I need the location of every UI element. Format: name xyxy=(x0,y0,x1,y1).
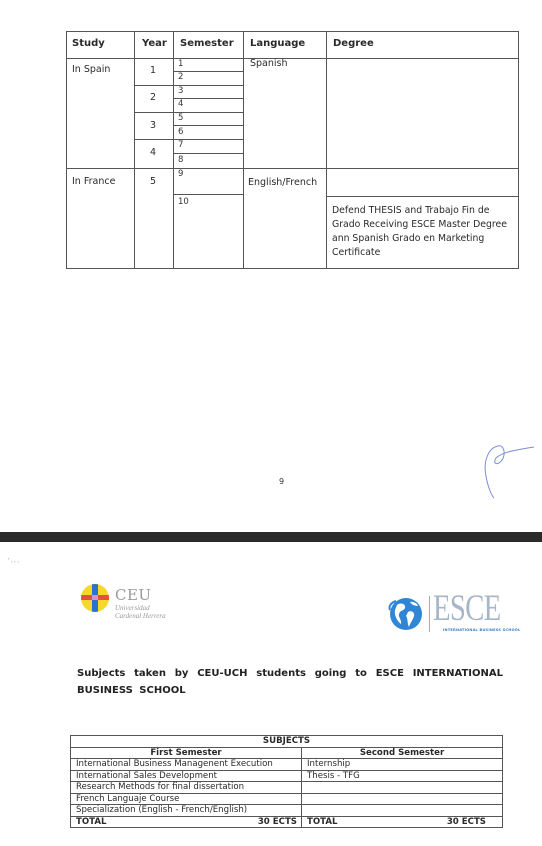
page-number: 9 xyxy=(279,477,284,486)
degree-description: Defend THESIS and Trabajo Fin de Grado R… xyxy=(332,204,517,260)
total-value: 30 ECTS xyxy=(447,817,486,828)
scan-artifacts: ' , , , xyxy=(8,558,19,564)
page-separator xyxy=(0,532,542,542)
header-semester: Semester xyxy=(180,38,234,50)
semester-cell: 10 xyxy=(178,197,189,208)
semester-cell: 4 xyxy=(178,99,183,110)
year-cell: 4 xyxy=(150,147,156,159)
year-cell: 5 xyxy=(150,176,156,188)
semester-cell: 9 xyxy=(178,169,183,180)
globe-icon xyxy=(388,596,424,632)
header-study: Study xyxy=(72,38,105,50)
total-row: TOTAL 30 ECTS TOTAL 30 ECTS xyxy=(71,816,503,828)
ceu-emblem-icon xyxy=(81,584,109,612)
subject-cell xyxy=(302,793,503,805)
study-in-spain: In Spain xyxy=(72,64,110,76)
esce-logo: ESCE INTERNATIONAL BUSINESS SCHOOL xyxy=(386,590,511,636)
semester-cell: 5 xyxy=(178,113,183,124)
semester-cell: 8 xyxy=(178,155,183,166)
table-row: International Business Managenent Execut… xyxy=(71,759,503,771)
subject-cell xyxy=(302,782,503,794)
signature-scribble xyxy=(478,442,538,504)
subject-cell xyxy=(302,805,503,817)
subject-cell: French Languaje Course xyxy=(71,793,302,805)
total-value: 30 ECTS xyxy=(258,817,297,828)
subject-cell: Thesis - TFG xyxy=(302,770,503,782)
total-first-semester: TOTAL 30 ECTS xyxy=(71,816,302,828)
total-second-semester: TOTAL 30 ECTS xyxy=(302,816,503,828)
logo-divider xyxy=(429,596,430,632)
subject-cell: International Sales Development xyxy=(71,770,302,782)
header-year: Year xyxy=(142,38,167,50)
col-second-semester: Second Semester xyxy=(302,747,503,759)
header-degree: Degree xyxy=(333,38,374,50)
year-cell: 3 xyxy=(150,120,156,132)
total-label: TOTAL xyxy=(307,817,338,827)
esce-logo-name: ESCE xyxy=(433,589,500,629)
semester-cell: 2 xyxy=(178,72,183,83)
subject-cell: Specialization (English - French/English… xyxy=(71,805,302,817)
subject-cell: International Business Managenent Execut… xyxy=(71,759,302,771)
language-english-french: English/French xyxy=(248,177,317,189)
table-row: Specialization (English - French/English… xyxy=(71,805,503,817)
table-row: Research Methods for final dissertation xyxy=(71,782,503,794)
semester-cell: 3 xyxy=(178,86,183,97)
semester-cell: 1 xyxy=(178,59,183,70)
language-spanish: Spanish xyxy=(250,58,288,70)
semester-cell: 6 xyxy=(178,127,183,138)
ceu-logo: CEU Universidad Cardenal Herrera xyxy=(81,584,191,624)
esce-logo-tagline: INTERNATIONAL BUSINESS SCHOOL xyxy=(443,628,520,632)
study-in-france: In France xyxy=(72,176,115,188)
subject-cell: Internship xyxy=(302,759,503,771)
subjects-caption: SUBJECTS xyxy=(71,736,503,748)
document-page-9: Study Year Semester Language Degree In S… xyxy=(0,0,542,532)
ceu-logo-line2: Cardenal Herrera xyxy=(115,613,166,621)
ceu-logo-subtitle: Universidad Cardenal Herrera xyxy=(115,605,166,620)
study-plan-table: Study Year Semester Language Degree In S… xyxy=(66,31,519,269)
subjects-table: SUBJECTS First Semester Second Semester … xyxy=(70,735,503,828)
year-cell: 1 xyxy=(150,65,156,77)
table-row: International Sales Development Thesis -… xyxy=(71,770,503,782)
ceu-logo-name: CEU xyxy=(115,586,152,604)
document-page-10: ' , , , CEU Universidad Cardenal Herrera… xyxy=(0,542,542,846)
col-first-semester: First Semester xyxy=(71,747,302,759)
total-label: TOTAL xyxy=(76,817,107,827)
section-title: Subjects taken by CEU-UCH students going… xyxy=(77,665,503,699)
header-language: Language xyxy=(250,38,305,50)
subject-cell: Research Methods for final dissertation xyxy=(71,782,302,794)
semester-cell: 7 xyxy=(178,140,183,151)
table-row: French Languaje Course xyxy=(71,793,503,805)
year-cell: 2 xyxy=(150,92,156,104)
